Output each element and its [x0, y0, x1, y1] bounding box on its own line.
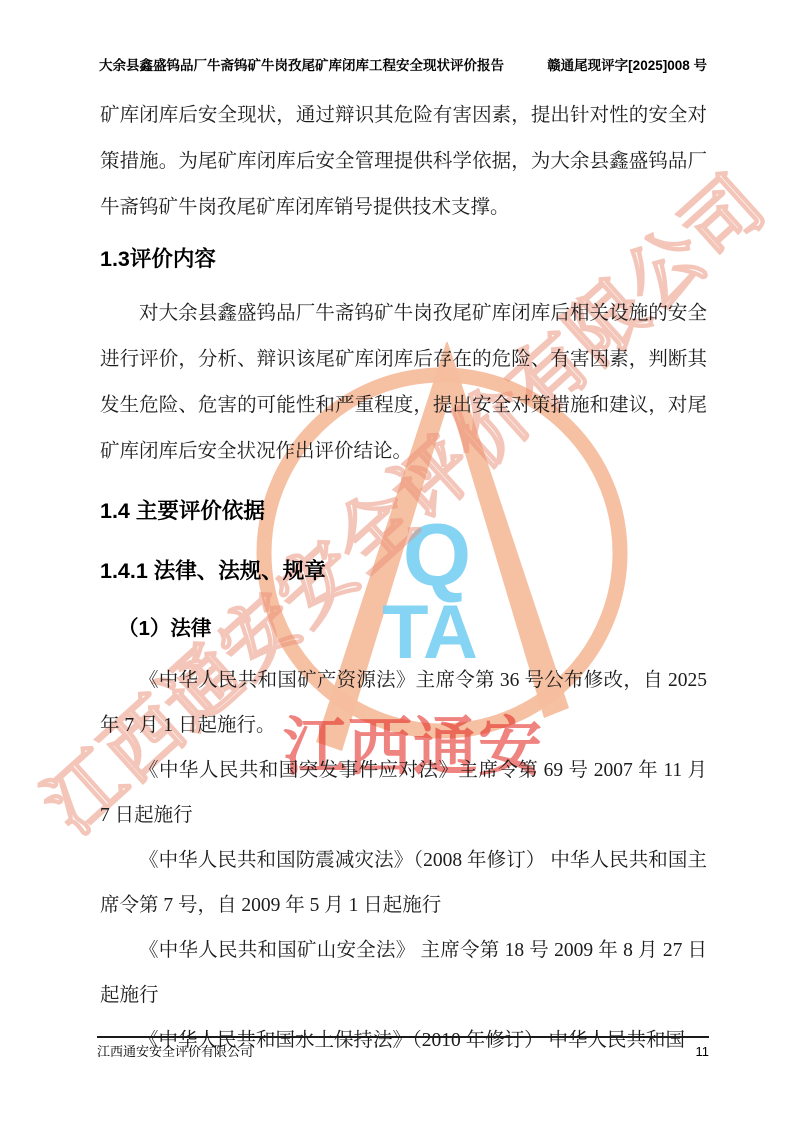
page-header: 大余县鑫盛钨品厂牛斋钨矿牛岗孜尾矿库闭库工程安全现状评价报告 赣通尾现评字[20… [99, 54, 707, 74]
law-item: 《中华人民共和国防震减灾法》（2008 年修订） 中华人民共和国主席令第 7 号… [100, 838, 707, 928]
paragraph-section-1-3: 对大余县鑫盛钨品厂牛斋钨矿牛岗孜尾矿库闭库后相关设施的安全进行评价，分析、辩识该… [100, 291, 707, 475]
law-item: 《中华人民共和国矿产资源法》主席令第 36 号公布修改，自 2025 年 7 月… [100, 658, 707, 748]
subsection-heading-laws: （1）法律 [100, 606, 707, 652]
report-page: Q TA 江西通安安全评价有限公司 江西通安 大余县鑫盛钨品厂牛斋钨矿牛岗孜尾矿… [0, 0, 793, 1122]
page-footer: 江西通安安全评价有限公司 11 [97, 1036, 709, 1060]
section-heading-1-4: 1.4 主要评价依据 [100, 488, 707, 534]
section-heading-1-4-1: 1.4.1 法律、法规、规章 [100, 548, 707, 594]
section-heading-1-3: 1.3评价内容 [100, 236, 707, 282]
page-body: 矿库闭库后安全现状，通过辩识其危险有害因素，提出针对性的安全对策措施。为尾矿库闭… [100, 93, 707, 1063]
paragraph-intro-continuation: 矿库闭库后安全现状，通过辩识其危险有害因素，提出针对性的安全对策措施。为尾矿库闭… [100, 93, 707, 231]
page-number: 11 [696, 1044, 710, 1059]
footer-company-name: 江西通安安全评价有限公司 [97, 1041, 253, 1060]
law-list: 《中华人民共和国矿产资源法》主席令第 36 号公布修改，自 2025 年 7 月… [100, 658, 707, 1063]
law-item: 《中华人民共和国突发事件应对法》主席令第 69 号 2007 年 11 月 7 … [100, 748, 707, 838]
header-report-title: 大余县鑫盛钨品厂牛斋钨矿牛岗孜尾矿库闭库工程安全现状评价报告 [99, 54, 504, 74]
law-item: 《中华人民共和国矿山安全法》 主席令第 18 号 2009 年 8 月 27 日… [100, 928, 707, 1018]
header-doc-number: 赣通尾现评字[2025]008 号 [547, 54, 707, 74]
